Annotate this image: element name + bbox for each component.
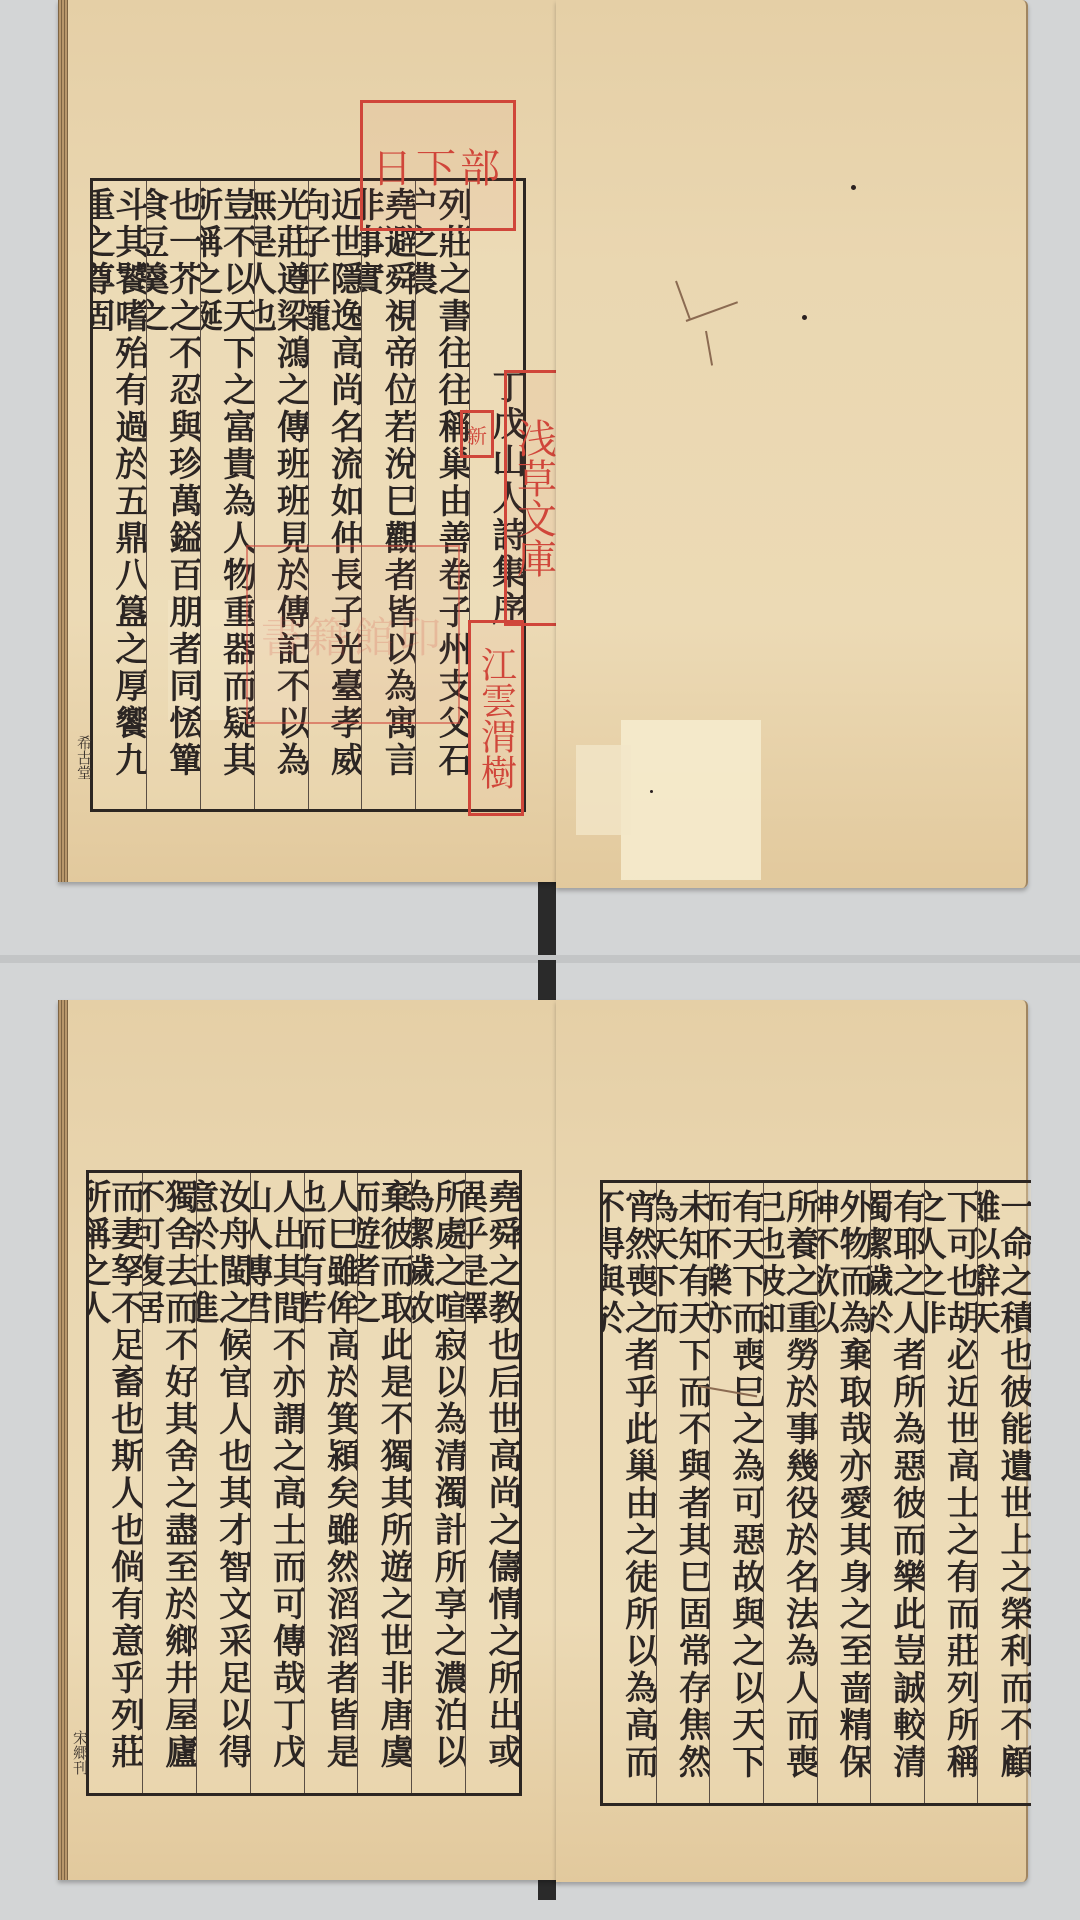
text-column: 獨舍去而不好其舍之盡至於鄉井屋廬不可復居 [142, 1173, 196, 1793]
large-faded-seal: 書籍館印 [246, 545, 460, 724]
column-text: 人出其間不亦謂之高士而可傳哉丁戊山人傳君 [250, 1179, 304, 1793]
seal-text: 新 [467, 420, 487, 449]
text-column: 人出其間不亦謂之高士而可傳哉丁戊山人傳君 [250, 1173, 304, 1793]
ink-spot [802, 315, 807, 320]
column-text: 人巳雖侔高於箕潁矣雖然滔滔者皆是也而有若 [304, 1179, 358, 1793]
page-edge [58, 1000, 68, 1880]
square-seal-top: 日下部 [360, 100, 516, 231]
column-text: 所養之重勞於事幾役於名法為人而喪巳也彼知 [763, 1189, 817, 1803]
paper-crack [675, 281, 691, 319]
bottom-right-page: 一命之積也彼能遺世上之榮利而不顧雖以辭天 下可也胡必近世高士之有而莊列所稱之人之… [556, 1000, 1028, 1882]
small-seal: 新 [460, 410, 494, 458]
paper-patch [576, 745, 631, 835]
seal-text: 日下部 [372, 137, 504, 194]
text-column: 宵然喪之者乎此巢由之徒所以為高而不得與於 [603, 1183, 656, 1803]
column-text: 有耶之人者所為惡彼而樂此豈誠較清濁潔穢於 [870, 1189, 924, 1803]
page-edge [58, 0, 68, 882]
text-column: 所處之喧寂以為清濁計所享之濃泊以為潔穢故 [411, 1173, 465, 1793]
column-text: 斗其饕嗜殆有過於五鼎八簋之厚饗九重之尊固 [93, 187, 146, 809]
column-text: 獨舍去而不好其舍之盡至於鄉井屋廬不可復居 [142, 1179, 196, 1793]
paper-crack [705, 331, 713, 366]
column-text: 也一芥之不忍與珍萬鎰百朋者同恡簞食豆羹之 [146, 187, 200, 809]
paper-patch [621, 720, 761, 880]
text-column: 下可也胡必近世高士之有而莊列所稱之人之非 [924, 1183, 978, 1803]
text-column: 斗其饕嗜殆有過於五鼎八簋之厚饗九重之尊固 [93, 181, 146, 809]
seal-text: 江雲渭樹 [471, 646, 522, 790]
top-book-spread: 丁戊山人詩集序 列莊之書往往稱巢由善卷子州支父石户之農 堯避舜視帝位若涗巳觀者皆… [0, 0, 1080, 900]
bottom-left-page: 堯舜之教也后世高尚之儔情之所出或異乎是擇 所處之喧寂以為清濁計所享之濃泊以為潔穢… [58, 1000, 558, 1880]
text-frame: 堯舜之教也后世高尚之儔情之所出或異乎是擇 所處之喧寂以為清濁計所享之濃泊以為潔穢… [86, 1170, 522, 1796]
ink-spot [650, 790, 653, 793]
text-column: 有天下而喪巳之為可惡故與之以天下而不樂亦 [709, 1183, 763, 1803]
text-column: 一命之積也彼能遺世上之榮利而不顧雖以辭天 [977, 1183, 1031, 1803]
text-column: 人巳雖侔高於箕潁矣雖然滔滔者皆是也而有若 [304, 1173, 358, 1793]
column-text: 汝舟閩之候官人也其才智文采足以得意於仕進 [196, 1179, 250, 1793]
top-left-page: 丁戊山人詩集序 列莊之書往往稱巢由善卷子州支父石户之農 堯避舜視帝位若涗巳觀者皆… [58, 0, 558, 882]
paper-crack [686, 301, 738, 322]
column-text: 宵然喪之者乎此巢由之徒所以為高而不得與於 [603, 1189, 656, 1803]
top-right-page [556, 0, 1028, 888]
text-column: 外物而為棄取哉亦愛其身之至啬精保神不欲以 [817, 1183, 871, 1803]
margin-note: 希古堂 [74, 735, 95, 780]
column-text: 堯舜之教也后世高尚之儔情之所出或異乎是擇 [465, 1179, 519, 1793]
column-text: 棄彼而取此是不獨其所遊之世非唐虞而遊者之 [357, 1179, 411, 1793]
text-column: 有耶之人者所為惡彼而樂此豈誠較清濁潔穢於 [870, 1183, 924, 1803]
asakusa-bunko-seal: 浅草文庫 [504, 370, 564, 626]
text-column: 也一芥之不忍與珍萬鎰百朋者同恡簞食豆羹之 [146, 181, 200, 809]
margin-note: 宋郷刊 [70, 1730, 91, 1775]
column-text: 一命之積也彼能遺世上之榮利而不顧雖以辭天 [977, 1189, 1031, 1803]
text-column: 堯舜之教也后世高尚之儔情之所出或異乎是擇 [465, 1173, 519, 1793]
column-text: 而妻孥不足畜也斯人也倘有意乎列莊所稱之人 [89, 1179, 142, 1793]
column-text: 下可也胡必近世高士之有而莊列所稱之人之非 [924, 1189, 978, 1803]
text-column: 所養之重勞於事幾役於名法為人而喪巳也彼知 [763, 1183, 817, 1803]
text-column: 汝舟閩之候官人也其才智文采足以得意於仕進 [196, 1173, 250, 1793]
column-text: 所處之喧寂以為清濁計所享之濃泊以為潔穢故 [411, 1179, 465, 1793]
bottom-book-spread: 堯舜之教也后世高尚之儔情之所出或異乎是擇 所處之喧寂以為清濁計所享之濃泊以為潔穢… [0, 990, 1080, 1900]
seal-text: 浅草文庫 [506, 418, 563, 578]
column-text: 有天下而喪巳之為可惡故與之以天下而不樂亦 [709, 1189, 763, 1803]
vertical-seal-right: 江雲渭樹 [468, 620, 524, 816]
text-frame: 一命之積也彼能遺世上之榮利而不顧雖以辭天 下可也胡必近世高士之有而莊列所稱之人之… [600, 1180, 1031, 1806]
ink-spot [851, 185, 856, 190]
text-column: 棄彼而取此是不獨其所遊之世非唐虞而遊者之 [357, 1173, 411, 1793]
column-text: 未知有天下而不與者其巳固常存焦然為天下而 [656, 1189, 710, 1803]
text-column: 未知有天下而不與者其巳固常存焦然為天下而 [656, 1183, 710, 1803]
text-column: 而妻孥不足畜也斯人也倘有意乎列莊所稱之人 [89, 1173, 142, 1793]
seal-text: 書籍館印 [261, 605, 445, 665]
column-text: 外物而為棄取哉亦愛其身之至啬精保神不欲以 [817, 1189, 871, 1803]
